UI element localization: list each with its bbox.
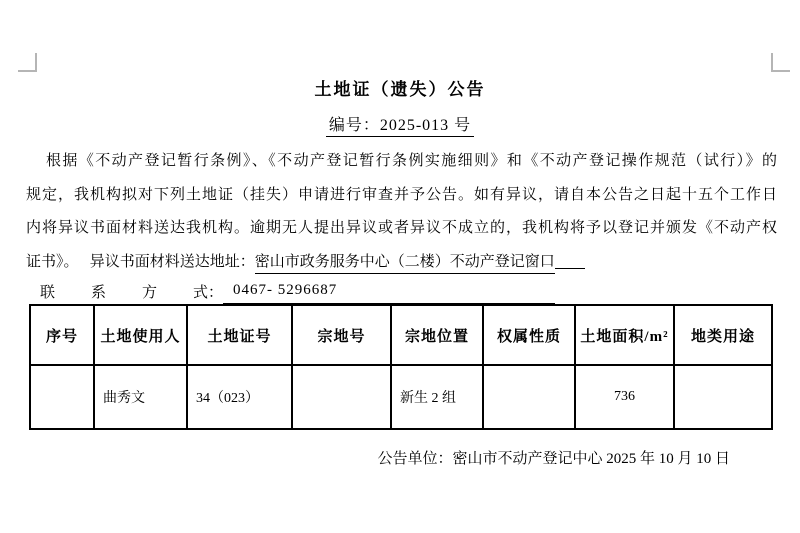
header-land-use: 地类用途 xyxy=(674,305,772,365)
page-title: 土地证（遗失）公告 xyxy=(0,75,800,100)
header-land-area: 土地面积/m² xyxy=(575,305,674,365)
cell-parcel-number xyxy=(292,365,391,429)
document-page: 土地证（遗失）公告 编号：2025-013 号 根据《不动产登记暂行条例》、《不… xyxy=(0,0,800,533)
land-certificate-table: 序号 土地使用人 土地证号 宗地号 宗地位置 权属性质 土地面积/m² 地类用途… xyxy=(29,304,773,430)
cell-ownership-nature xyxy=(483,365,575,429)
paragraph-line-1: 根据《不动产登记暂行条例》、《不动产登记暂行条例实施细则》和《不动产登记操作规范… xyxy=(26,145,777,179)
cell-certificate-number: 34（023） xyxy=(187,365,292,429)
contact-label: 联系方式 xyxy=(40,282,208,304)
address-underline-extension xyxy=(555,248,585,269)
crop-mark-top-left-horizontal xyxy=(18,70,37,72)
cell-parcel-location: 新生 2 组 xyxy=(391,365,483,429)
doc-number: 编号：2025-013 号 xyxy=(326,117,474,137)
announcement-issuer: 公告单位：密山市不动产登记中心 2025 年 10 月 10 日 xyxy=(0,447,730,468)
header-parcel-number: 宗地号 xyxy=(292,305,391,365)
contact-line: 联系方式：0467- 5296687 xyxy=(40,279,780,304)
cell-land-use xyxy=(674,365,772,429)
delivery-address-label: 证书》。 异议书面材料送达地址： xyxy=(26,254,255,270)
doc-number-line: 编号：2025-013 号 xyxy=(0,112,800,135)
header-land-user: 土地使用人 xyxy=(94,305,187,365)
paragraph-line-2: 规定，我机构拟对下列土地证（挂失）申请进行审查并予公告。如有异议，请自本公告之日… xyxy=(26,179,777,213)
paragraph-line-3: 内将异议书面材料送达我机构。逾期无人提出异议或者异议不成立的，我机构将予以登记并… xyxy=(26,212,777,246)
header-seq-number: 序号 xyxy=(30,305,94,365)
body-paragraph: 根据《不动产登记暂行条例》、《不动产登记暂行条例实施细则》和《不动产登记操作规范… xyxy=(26,145,777,279)
header-ownership-nature: 权属性质 xyxy=(483,305,575,365)
header-certificate-number: 土地证号 xyxy=(187,305,292,365)
cell-seq-number xyxy=(30,365,94,429)
crop-mark-top-right-horizontal xyxy=(771,70,790,72)
header-parcel-location: 宗地位置 xyxy=(391,305,483,365)
cell-land-user: 曲秀文 xyxy=(94,365,187,429)
delivery-address-value: 密山市政务服务中心（二楼）不动产登记窗口 xyxy=(255,254,555,274)
paragraph-line-4: 证书》。 异议书面材料送达地址：密山市政务服务中心（二楼）不动产登记窗口 xyxy=(26,246,777,280)
cell-land-area: 736 xyxy=(575,365,674,429)
contact-phone: 0467- 5296687 xyxy=(223,279,555,304)
contact-colon: ： xyxy=(208,285,223,301)
table-data-row: 曲秀文 34（023） 新生 2 组 736 xyxy=(30,365,772,429)
table-header-row: 序号 土地使用人 土地证号 宗地号 宗地位置 权属性质 土地面积/m² 地类用途 xyxy=(30,305,772,365)
